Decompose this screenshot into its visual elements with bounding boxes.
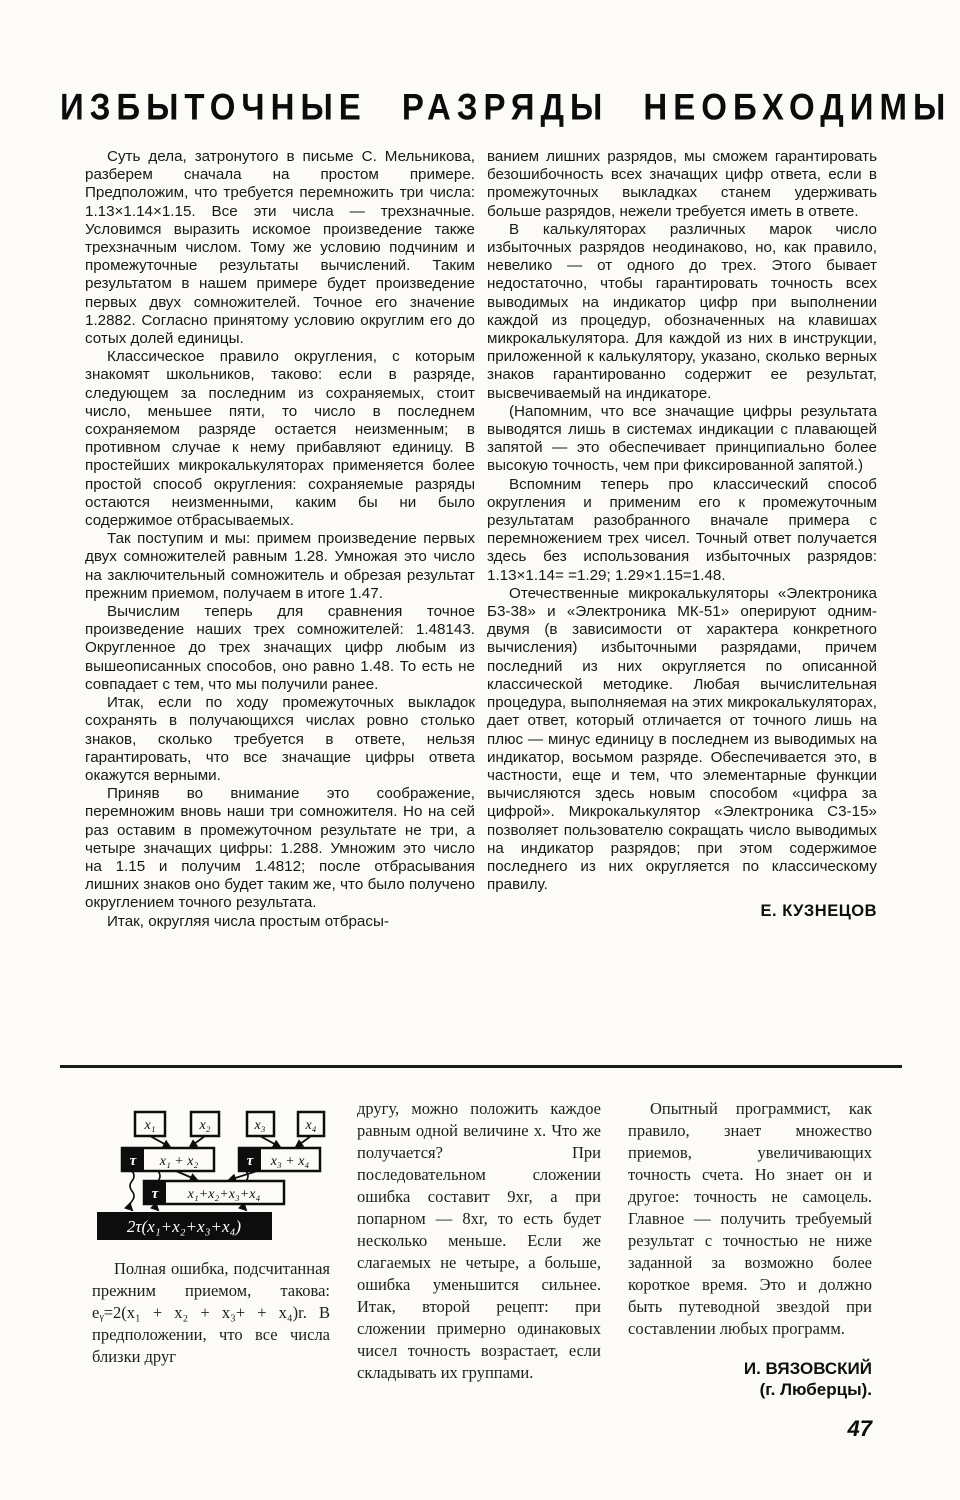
bottom-column-right: Опытный программист, как правило, знает …: [628, 1098, 872, 1440]
bottom-author-signature: И. ВЯЗОВСКИЙ (г. Люберцы).: [628, 1358, 872, 1400]
magazine-page: ИЗБЫТОЧНЫЕ РАЗРЯДЫ НЕОБХОДИМЫ Суть дела,…: [0, 0, 960, 1500]
arrow-line: [176, 1171, 197, 1180]
paragraph: (Напомним, что все значащие цифры резуль…: [487, 403, 877, 476]
sum-label-x3x4: x₃ + x₄: [270, 1154, 310, 1169]
paragraph: Классическое правило округления, с котор…: [85, 348, 475, 530]
bottom-author-name: И. ВЯЗОВСКИЙ: [628, 1358, 872, 1379]
input-label-x1: x₁: [143, 1118, 155, 1133]
summation-scheme-diagram: x₁ x₂ x₃ x₄ τ x₁ + x₂ τ x₃ + x₄: [94, 1098, 326, 1244]
article-author-signature: Е. КУЗНЕЦОВ: [487, 902, 877, 920]
paragraph: Вычислим теперь для сравнения точное про…: [85, 603, 475, 694]
article-column-2: ванием лишних разрядов, мы сможем гарант…: [487, 148, 877, 931]
sum-label-x1x2: x₁ + x₂: [159, 1154, 199, 1169]
article-column-1: Суть дела, затронутого в письме С. Мельн…: [85, 148, 475, 931]
result-label: 2τ(x₁+x₂+x₃+x₄): [127, 1217, 241, 1236]
arrow-line: [229, 1171, 257, 1180]
paragraph: Отечественные микрокалькуляторы «Электро…: [487, 585, 877, 894]
page-title: ИЗБЫТОЧНЫЕ РАЗРЯДЫ НЕОБХОДИМЫ: [60, 86, 900, 129]
bottom-author-city: (г. Люберцы).: [628, 1379, 872, 1400]
bottom-section: x₁ x₂ x₃ x₄ τ x₁ + x₂ τ x₃ + x₄: [92, 1098, 872, 1440]
arrow-line: [190, 1136, 205, 1147]
arrow-line: [296, 1136, 311, 1147]
page-number: 47: [628, 1418, 872, 1440]
input-label-x4: x₄: [304, 1118, 316, 1133]
paragraph: Суть дела, затронутого в письме С. Мельн…: [85, 148, 475, 348]
paragraph: другу, можно положить каждое равным одно…: [357, 1098, 601, 1384]
paragraph: ванием лишних разрядов, мы сможем гарант…: [487, 148, 877, 221]
paragraph: Итак, округляя числа простым отбрасы-: [85, 913, 475, 931]
paragraph: Полная ошибка, подсчитанная прежним прие…: [92, 1258, 330, 1368]
input-label-x2: x₂: [198, 1118, 210, 1133]
section-divider-rule: [60, 1065, 902, 1068]
paragraph: Приняв во внимание это соображение, пере…: [85, 785, 475, 912]
bottom-column-left: x₁ x₂ x₃ x₄ τ x₁ + x₂ τ x₃ + x₄: [92, 1098, 330, 1440]
paragraph: Опытный программист, как правило, знает …: [628, 1098, 872, 1340]
sum-label-total: x₁+x₂+x₃+x₄: [187, 1187, 261, 1202]
wavy-arrow: [130, 1171, 134, 1210]
main-article: Суть дела, затронутого в письме С. Мельн…: [85, 148, 877, 931]
arrow-line: [150, 1136, 170, 1147]
input-label-x3: x₃: [253, 1118, 265, 1133]
paragraph: Вспомним теперь про классический способ …: [487, 476, 877, 585]
arrow-line: [260, 1136, 280, 1147]
paragraph: В калькуляторах различных марок число из…: [487, 221, 877, 403]
paragraph: Итак, если по ходу промежуточных выкладо…: [85, 694, 475, 785]
bottom-column-middle: другу, можно положить каждое равным одно…: [357, 1098, 601, 1440]
paragraph: Так поступим и мы: примем произведение п…: [85, 530, 475, 603]
